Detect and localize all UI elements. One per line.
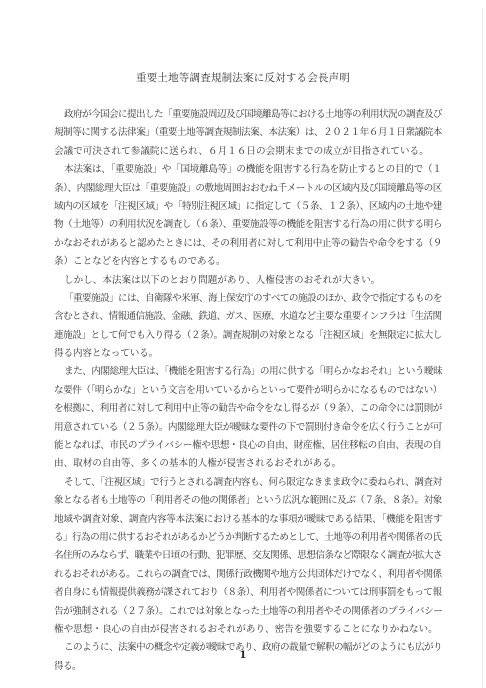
paragraph-first-line: また、内閣総理大臣は、「機能を阻害する行為」の用に供する「明らかなおそれ」という…	[54, 363, 444, 381]
paragraph-first-line: そして、「注視区域」で行うとされる調査内容も、何ら限定なきまま政令に委ねられ、調…	[54, 474, 444, 492]
paragraph-first-line: 政府が今国会に提出した「重要施設周辺及び国境離島等における土地等の利用状況の調査…	[54, 106, 444, 124]
paragraph-line: れるおそれがある。これらの調査では、関係行政機関や地方公共団体だけでなく、利用者…	[54, 566, 444, 584]
paragraph-line: 告が強制される（２７条）。これでは対象となった土地等の利用者やその関係者のプライ…	[54, 603, 444, 621]
paragraph-line: 者自身にも情報提供義務が課されており（８条）、利用者や関係者については刑事罰をも…	[54, 584, 444, 602]
paragraph-first-line: 「重要施設」には、自衛隊や米軍、海上保安庁のすべての施設のほか、政令で指定するも…	[54, 290, 444, 308]
paragraph-line: る」行為の用に供するおそれがあるかどうか判断するためとして、土地等の利用者や関係…	[54, 529, 444, 547]
paragraph-line: 地域や調査対象、調査内容等本法案における基本的な事項が曖昧である結果、「機能を阻…	[54, 511, 444, 529]
paragraph-line: 能となれば、市民のプライバシー権や思想・良心の自由、財産権、居住移転の自由、表現…	[54, 437, 444, 455]
paragraph-line: 連施設」として何でも入り得る（２条）。調査規制の対象となる「注視区域」を無限定に…	[54, 327, 444, 345]
paragraph-line: 得る内容となっている。	[54, 345, 444, 363]
paragraph-line: 条）ことなどを内容とするものである。	[54, 253, 444, 271]
paragraph-line: 用意されている（２５条）。内閣総理大臣が曖昧な要件の下で罰則付き命令を広く行うこ…	[54, 419, 444, 437]
paragraph-line: 権や思想・良心の自由が侵害されるおそれがあり、密告を強要することになりかねない。	[54, 621, 444, 639]
document-body: 政府が今国会に提出した「重要施設周辺及び国境離島等における土地等の利用状況の調査…	[54, 106, 444, 676]
paragraph-first-line: しかし、本法案は以下のとおり問題があり、人権侵害のおそれが大きい。	[54, 272, 444, 290]
paragraph-line: 含むとされ、情報通信施設、金融、鉄道、ガス、医療、水道など主要な重要インフラは「…	[54, 308, 444, 326]
paragraph-first-line: 本法案は、「重要施設」や「国境離島等」の機能を阻害する行為を防止するとの目的で（…	[54, 161, 444, 179]
paragraph-line: 域内の区域を「注視区域」や「特別注視区域」に指定して（５条、１２条）、区域内の土…	[54, 198, 444, 216]
paragraph-line: かなおそれがあると認めたときには、その利用者に対して利用中止等の勧告や命令をする…	[54, 235, 444, 253]
paragraph-line: 由、取材の自由等、多くの基本的人権が侵害されるおそれがある。	[54, 455, 444, 473]
paragraph-line: 名住所のみならず、職業や日頃の行動、犯罪歴、交友関係、思想信条など際限なく調査が…	[54, 547, 444, 565]
paragraph-line: 条）、内閣総理大臣は「重要施設」の敷地周囲おおむね千メートルの区域内及び国境離島…	[54, 180, 444, 198]
paragraph-line: 物（土地等）の利用状況を調査し（６条）、重要施設等の機能を阻害する行為の用に供す…	[54, 216, 444, 234]
page-edge-divider	[482, 8, 483, 688]
page-number: 1	[0, 650, 486, 661]
paragraph-line: を根拠に、利用者に対して利用中止等の勧告や命令をなし得るが（９条）、この命令には…	[54, 400, 444, 418]
paragraph-line: な要件（「明らかな」という文言を用いているからといって要件が明らかになるものでは…	[54, 382, 444, 400]
document-title: 重要土地等調査規制法案に反対する会長声明	[0, 70, 486, 85]
paragraph-line: 会議で可決されて参議院に送られ、６月１６日の会期末までの成立が目指されている。	[54, 143, 444, 161]
paragraph-line: 象となる者も土地等の「利用者その他の関係者」という広汎な範囲に及ぶ（７条、８条）…	[54, 492, 444, 510]
paragraph-line: 規制等に関する法律案」（重要土地等調査規制法案、本法案）は、２０２１年６月１日衆…	[54, 124, 444, 142]
